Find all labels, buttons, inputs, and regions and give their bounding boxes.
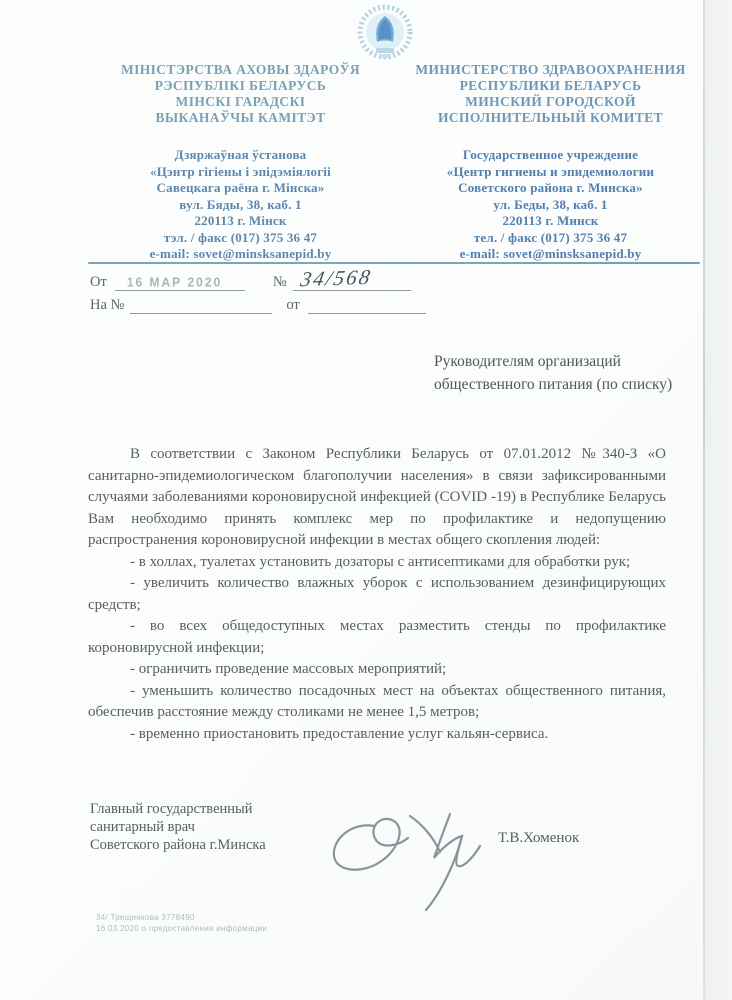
body-bullet: - уменьшить количество посадочных мест н… xyxy=(88,681,666,724)
body-bullet: - ограничить проведение массовых меропри… xyxy=(88,659,666,681)
body-bullet: - во всех общедоступных местах разместит… xyxy=(88,616,666,659)
from-label: От xyxy=(90,274,107,291)
ministry-ru-line: МИНИСТЕРСТВО ЗДРАВООХРАНЕНИЯ xyxy=(398,62,703,78)
coat-of-arms-icon xyxy=(350,4,420,66)
ministry-name-ru: МИНИСТЕРСТВО ЗДРАВООХРАНЕНИЯ РЕСПУБЛИКИ … xyxy=(398,62,703,126)
org-ru-line: ул. Беды, 38, каб. 1 xyxy=(398,197,703,214)
org-ru-line: Советского района г. Минска» xyxy=(398,180,703,197)
org-ru-line: тел. / факс (017) 375 36 47 xyxy=(398,230,703,247)
number-line: 34/568 xyxy=(293,290,411,291)
body-paragraph: В соответствии с Законом Республики Бела… xyxy=(88,444,666,552)
addressee-block: Руководителям организаций общественного … xyxy=(434,350,674,396)
ministry-name-by: МІНІСТЭРСТВА АХОВЫ ЗДАРОЎЯ РЭСПУБЛІКІ БЕ… xyxy=(88,62,393,126)
signer-name: Т.В.Хоменок xyxy=(498,830,579,847)
date-line: 16 МАР 2020 xyxy=(115,290,245,291)
on-number-label: На № xyxy=(90,297,124,314)
org-by-line: Савецкага раёна г. Мінска» xyxy=(88,180,393,197)
reference-block: От16 МАР 2020№34/568 На №от xyxy=(90,274,510,320)
incoming-ref-row: На №от xyxy=(90,297,510,320)
letterhead-divider-line xyxy=(88,262,700,264)
on-number-line xyxy=(130,313,272,314)
ministry-by-line: ВЫКАНАЎЧЫ КАМІТЭТ xyxy=(88,110,393,126)
ministry-by-line: МІНІСТЭРСТВА АХОВЫ ЗДАРОЎЯ xyxy=(88,62,393,78)
org-ru-line: Государственное учреждение xyxy=(398,147,703,164)
executor-footnote: 34/ Трещенкова 3778490 16.03.2020 о пред… xyxy=(96,912,267,934)
ministry-by-line: РЭСПУБЛІКІ БЕЛАРУСЬ xyxy=(88,78,393,94)
org-email-by: e-mail: sovet@minsksanepid.by xyxy=(88,246,393,263)
org-ru-line: 220113 г. Минск xyxy=(398,213,703,230)
scanned-letter-page: МІНІСТЭРСТВА АХОВЫ ЗДАРОЎЯ РЭСПУБЛІКІ БЕ… xyxy=(0,0,705,1000)
body-bullet: - в холлах, туалетах установить дозаторы… xyxy=(88,552,666,574)
org-by-line: вул. Бяды, 38, каб. 1 xyxy=(88,197,393,214)
letterhead-right-column: МИНИСТЕРСТВО ЗДРАВООХРАНЕНИЯ РЕСПУБЛИКИ … xyxy=(398,62,703,263)
org-by-line: «Цэнтр гігіены і эпідэміялогіі xyxy=(88,164,393,181)
organization-info-ru: Государственное учреждение «Центр гигиен… xyxy=(398,147,703,263)
on-from-label: от xyxy=(286,297,299,314)
letter-body: В соответствии с Законом Республики Бела… xyxy=(88,444,666,745)
executor-line: 16.03.2020 о предоставлении информации xyxy=(96,923,267,934)
org-by-line: 220113 г. Мінск xyxy=(88,213,393,230)
scan-background xyxy=(705,0,732,1000)
signature-block: Главный государственный санитарный врач … xyxy=(90,800,680,910)
number-label: № xyxy=(273,274,287,291)
executor-line: 34/ Трещенкова 3778490 xyxy=(96,912,267,923)
date-stamp: 16 МАР 2020 xyxy=(127,274,222,289)
org-by-line: Дзяржаўная ўстанова xyxy=(88,147,393,164)
org-email-ru: e-mail: sovet@minsksanepid.by xyxy=(398,246,703,263)
organization-info-by: Дзяржаўная ўстанова «Цэнтр гігіены і эпі… xyxy=(88,147,393,263)
org-by-line: тэл. / факс (017) 375 36 47 xyxy=(88,230,393,247)
ministry-ru-line: РЕСПУБЛИКИ БЕЛАРУСЬ xyxy=(398,78,703,94)
signature-stroke-icon xyxy=(322,794,522,914)
handwritten-number: 34/568 xyxy=(298,265,373,292)
org-ru-line: «Центр гигиены и эпидемиологии xyxy=(398,164,703,181)
body-bullet: - увеличить количество влажных уборок с … xyxy=(88,573,666,616)
letterhead-left-column: МІНІСТЭРСТВА АХОВЫ ЗДАРОЎЯ РЭСПУБЛІКІ БЕ… xyxy=(88,62,393,263)
ministry-by-line: МІНСКІ ГАРАДСКІ xyxy=(88,94,393,110)
body-bullet: - временно приостановить предоставление … xyxy=(88,724,666,746)
outgoing-ref-row: От16 МАР 2020№34/568 xyxy=(90,274,510,297)
ministry-ru-line: МИНСКИЙ ГОРОДСКОЙ xyxy=(398,94,703,110)
on-from-line xyxy=(308,313,426,314)
ministry-ru-line: ИСПОЛНИТЕЛЬНЫЙ КОМИТЕТ xyxy=(398,110,703,126)
